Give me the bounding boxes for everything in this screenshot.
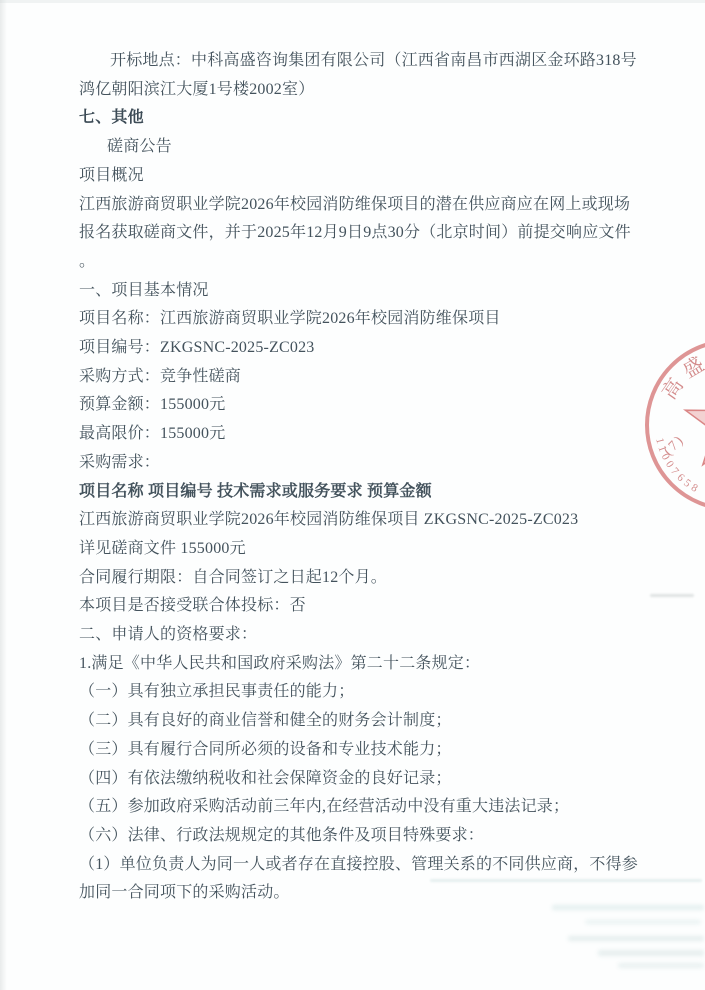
line-demand-table-row-2: 详见磋商文件 155000元: [79, 535, 639, 564]
seal-company-arc-text: 高盛咨: [658, 344, 705, 404]
scan-edge-shadow: [0, 0, 7, 990]
line-qualification-item-2: （二）具有良好的商业信誉和健全的财务会计制度；: [79, 707, 639, 736]
line-max-price: 最高限价：155000元: [79, 420, 639, 449]
line-qualification-item-5: （五）参加政府采购活动前三年内,在经营活动中没有重大违法记录；: [79, 793, 639, 822]
seal-code-digits: 11007658: [653, 437, 703, 497]
line-contract-period: 合同履行期限：自合同签订之日起12个月。: [79, 564, 639, 593]
line-bid-opening-location-2: 鸿亿朝阳滨江大厦1号楼2002室）: [79, 76, 639, 105]
heading-section-seven-other: 七、其他: [79, 104, 639, 133]
line-law-article-22: 1.满足《中华人民共和国政府采购法》第二十二条规定：: [79, 650, 639, 679]
scan-artifact: [598, 950, 704, 956]
scan-artifact: [650, 594, 694, 597]
document-page: 开标地点：中科高盛咨询集团有限公司（江西省南昌市西湖区金环路318号 鸿亿朝阳滨…: [0, 0, 705, 990]
line-overview-paragraph-1: 江西旅游商贸职业学院2026年校园消防维保项目的潜在供应商应在网上或现场: [79, 191, 639, 220]
seal-sequence-number: (7): [661, 432, 687, 458]
line-consultation-notice: 磋商公告: [79, 133, 639, 162]
line-overview-paragraph-2: 报名获取磋商文件，并于2025年12月9日9点30分（北京时间）前提交响应文件: [79, 219, 639, 248]
document-body: 开标地点：中科高盛咨询集团有限公司（江西省南昌市西湖区金环路318号 鸿亿朝阳滨…: [79, 47, 639, 908]
line-demand-table-row-1: 江西旅游商贸职业学院2026年校园消防维保项目 ZKGSNC-2025-ZC02…: [79, 506, 639, 535]
line-bid-opening-location-1: 开标地点：中科高盛咨询集团有限公司（江西省南昌市西湖区金环路318号: [79, 47, 639, 76]
scan-edge-shadow-top: [0, 0, 705, 3]
heading-section-two-qualification: 二、申请人的资格要求：: [79, 621, 639, 650]
line-special-requirement-2: 加同一合同项下的采购活动。: [79, 879, 639, 908]
scan-artifact: [585, 920, 701, 924]
line-qualification-item-6: （六）法律、行政法规规定的其他条件及项目特殊要求：: [79, 822, 639, 851]
line-procurement-demand-label: 采购需求：: [79, 449, 639, 478]
seal-ring: [647, 341, 705, 509]
line-procurement-method: 采购方式：竞争性磋商: [79, 363, 639, 392]
heading-section-one-basic-info: 一、项目基本情况: [79, 277, 639, 306]
line-qualification-item-4: （四）有依法缴纳税收和社会保障资金的良好记录；: [79, 765, 639, 794]
line-budget-amount: 预算金额：155000元: [79, 391, 639, 420]
line-project-number: 项目编号：ZKGSNC-2025-ZC023: [79, 334, 639, 363]
line-demand-table-header: 项目名称 项目编号 技术需求或服务要求 预算金额: [79, 478, 639, 507]
official-seal: 高盛咨 (7) 11007658: [636, 330, 705, 520]
line-project-overview-label: 项目概况: [79, 162, 639, 191]
line-qualification-item-3: （三）具有履行合同所必须的设备和专业技术能力；: [79, 736, 639, 765]
scan-artifact: [568, 936, 704, 941]
seal-star-icon: [685, 377, 705, 465]
line-special-requirement-1: （1）单位负责人为同一人或者存在直接控股、管理关系的不同供应商，不得参: [79, 851, 639, 880]
scan-artifact: [430, 879, 702, 882]
scan-artifact: [618, 963, 704, 968]
line-qualification-item-1: （一）具有独立承担民事责任的能力；: [79, 678, 639, 707]
line-overview-paragraph-end: 。: [79, 248, 639, 277]
scan-artifact: [552, 905, 704, 910]
line-project-name: 项目名称：江西旅游商贸职业学院2026年校园消防维保项目: [79, 305, 639, 334]
line-consortium-bid: 本项目是否接受联合体投标：否: [79, 592, 639, 621]
